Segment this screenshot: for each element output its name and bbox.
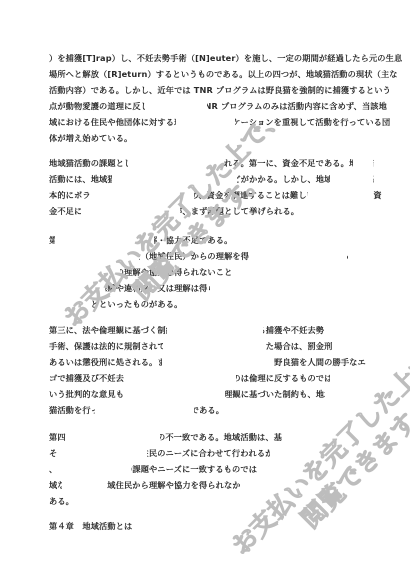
redaction-mask [55,462,131,474]
redaction-mask [270,446,373,458]
redaction-mask [62,478,107,490]
redaction-mask [145,99,207,111]
chapter-heading: 第４章 地域活動とは [49,521,132,531]
redaction-mask [123,387,225,399]
redaction-mask [49,281,105,293]
redaction-mask [176,115,235,127]
p1-line-4: 点が動物愛護の道理に反しているため、TNR プログラムのみは活動内容に含めず、当… [49,101,387,111]
redaction-mask [330,371,373,383]
redaction-mask [240,478,345,490]
redaction-mask [90,188,194,200]
redaction-mask [66,430,160,442]
p1-line-3: 活動内容）である。しかし、近年では TNR プログラムは野良猫を強制的に捕獲する… [49,85,391,95]
redaction-mask [167,323,263,335]
p1-line-2: 場所へと解放（[R]eturn）するというものである。以上の四つが、地域猫活動の… [49,69,398,79]
redaction-mask [163,339,265,351]
redaction-mask [300,204,373,216]
redaction-mask [250,249,347,261]
redaction-mask [49,297,90,309]
redaction-mask [282,430,373,442]
redaction-mask [232,265,342,277]
redaction-mask [210,281,316,293]
p1-line-1: ）を捕獲[T]rap）し、不妊去勢手術（[N]euter）を施し、一定の期間が経… [49,53,402,63]
redaction-mask [49,265,120,277]
redaction-mask [57,446,147,458]
p1-line-6: 体が増え始めている。 [49,133,132,143]
redaction-mask [95,403,194,415]
redaction-mask [330,172,373,184]
redaction-mask [308,188,373,200]
redaction-mask [55,233,154,245]
redaction-mask [128,156,224,168]
redaction-mask [257,462,356,474]
p5-line-5: ある。 [49,496,74,506]
redaction-mask [124,371,236,383]
redaction-mask [162,355,272,367]
redaction-mask [81,204,180,216]
redaction-mask [264,233,354,245]
document-page: ）を捕獲[T]rap）し、不妊去勢手術（[N]euter）を施し、一定の期間が経… [0,0,410,580]
redaction-mask [325,387,373,399]
redaction-mask [49,249,139,261]
redaction-mask [112,172,237,184]
redaction-mask [353,156,373,168]
